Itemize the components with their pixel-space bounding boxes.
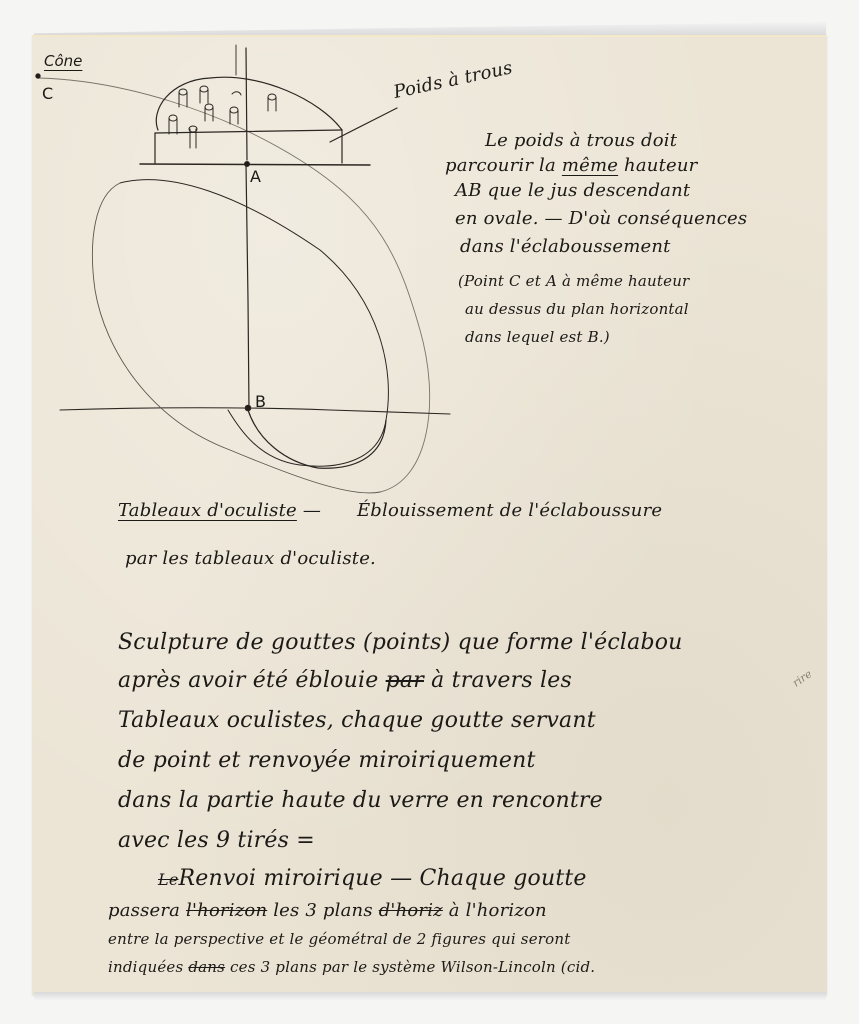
note-line: en ovale. — D'où conséquences [455, 208, 747, 229]
note-line: Le poids à trous doit [485, 130, 677, 151]
oculist-line-2: par les tableaux d'oculiste. [125, 548, 376, 569]
page-shadow-bottom [34, 992, 826, 1000]
renvoi-line-1: LeRenvoi miroirique — Chaque goutte [158, 866, 587, 891]
underlined-word: même [562, 155, 618, 176]
note-line: AB que le jus descendant [455, 180, 690, 201]
note-line: au dessus du plan horizontal [465, 300, 689, 318]
note-line: dans l'éclaboussement [460, 236, 671, 257]
page-shadow-top [34, 22, 826, 36]
note-line: parcourir la même hauteur [445, 155, 697, 176]
renvoi-line-2: passera l'horizon les 3 plans d'horiz à … [108, 900, 547, 921]
sculpture-line: Sculpture de gouttes (points) que forme … [118, 630, 683, 655]
sculpture-line: avec les 9 tirés = [118, 828, 315, 853]
note-line: dans lequel est B.) [465, 328, 610, 346]
cone-label: Cône [44, 52, 82, 70]
sculpture-line-text: à travers les [431, 668, 572, 693]
oculist-line-1-rest: Éblouissement de l'éclaboussure [357, 500, 662, 521]
renvoi-line-3: entre la perspective et le géométral de … [108, 930, 570, 948]
oculist-heading: Tableaux d'oculiste [118, 500, 297, 521]
point-b-label: B [255, 392, 266, 411]
point-c-label: C [42, 84, 53, 103]
note-line-text: parcourir la même hauteur [445, 155, 697, 176]
note-line: (Point C et A à même hauteur [458, 272, 689, 290]
sculpture-line: Tableaux oculistes, chaque goutte servan… [118, 708, 596, 733]
struck-word: d'horiz [379, 900, 443, 921]
point-a-label: A [250, 167, 261, 186]
renvoi-text: ces 3 plans par le système Wilson-Lincol… [230, 958, 595, 976]
sculpture-line-text: après avoir été éblouie [118, 668, 378, 693]
renvoi-text: passera [108, 900, 180, 921]
renvoi-text: indiquées [108, 958, 183, 976]
sculpture-line: dans la partie haute du verre en rencont… [118, 788, 603, 813]
renvoi-line-4: indiquées dans ces 3 plans par le systèm… [108, 958, 595, 976]
struck-word: l'horizon [186, 900, 267, 921]
renvoi-heading: Renvoi miroirique — Chaque goutte [179, 866, 587, 891]
renvoi-text: les 3 plans [273, 900, 373, 921]
renvoi-text: à l'horizon [449, 900, 547, 921]
sculpture-line: après avoir été éblouie par à travers le… [118, 668, 572, 693]
oculist-dash: — [303, 500, 321, 521]
struck-word: par [386, 668, 424, 693]
struck-prefix: Le [158, 870, 179, 889]
sculpture-line: de point et renvoyée miroiriquement [118, 748, 536, 773]
struck-word: dans [188, 958, 225, 976]
oculist-line-1: Tableaux d'oculiste — Éblouissement de l… [118, 500, 662, 521]
